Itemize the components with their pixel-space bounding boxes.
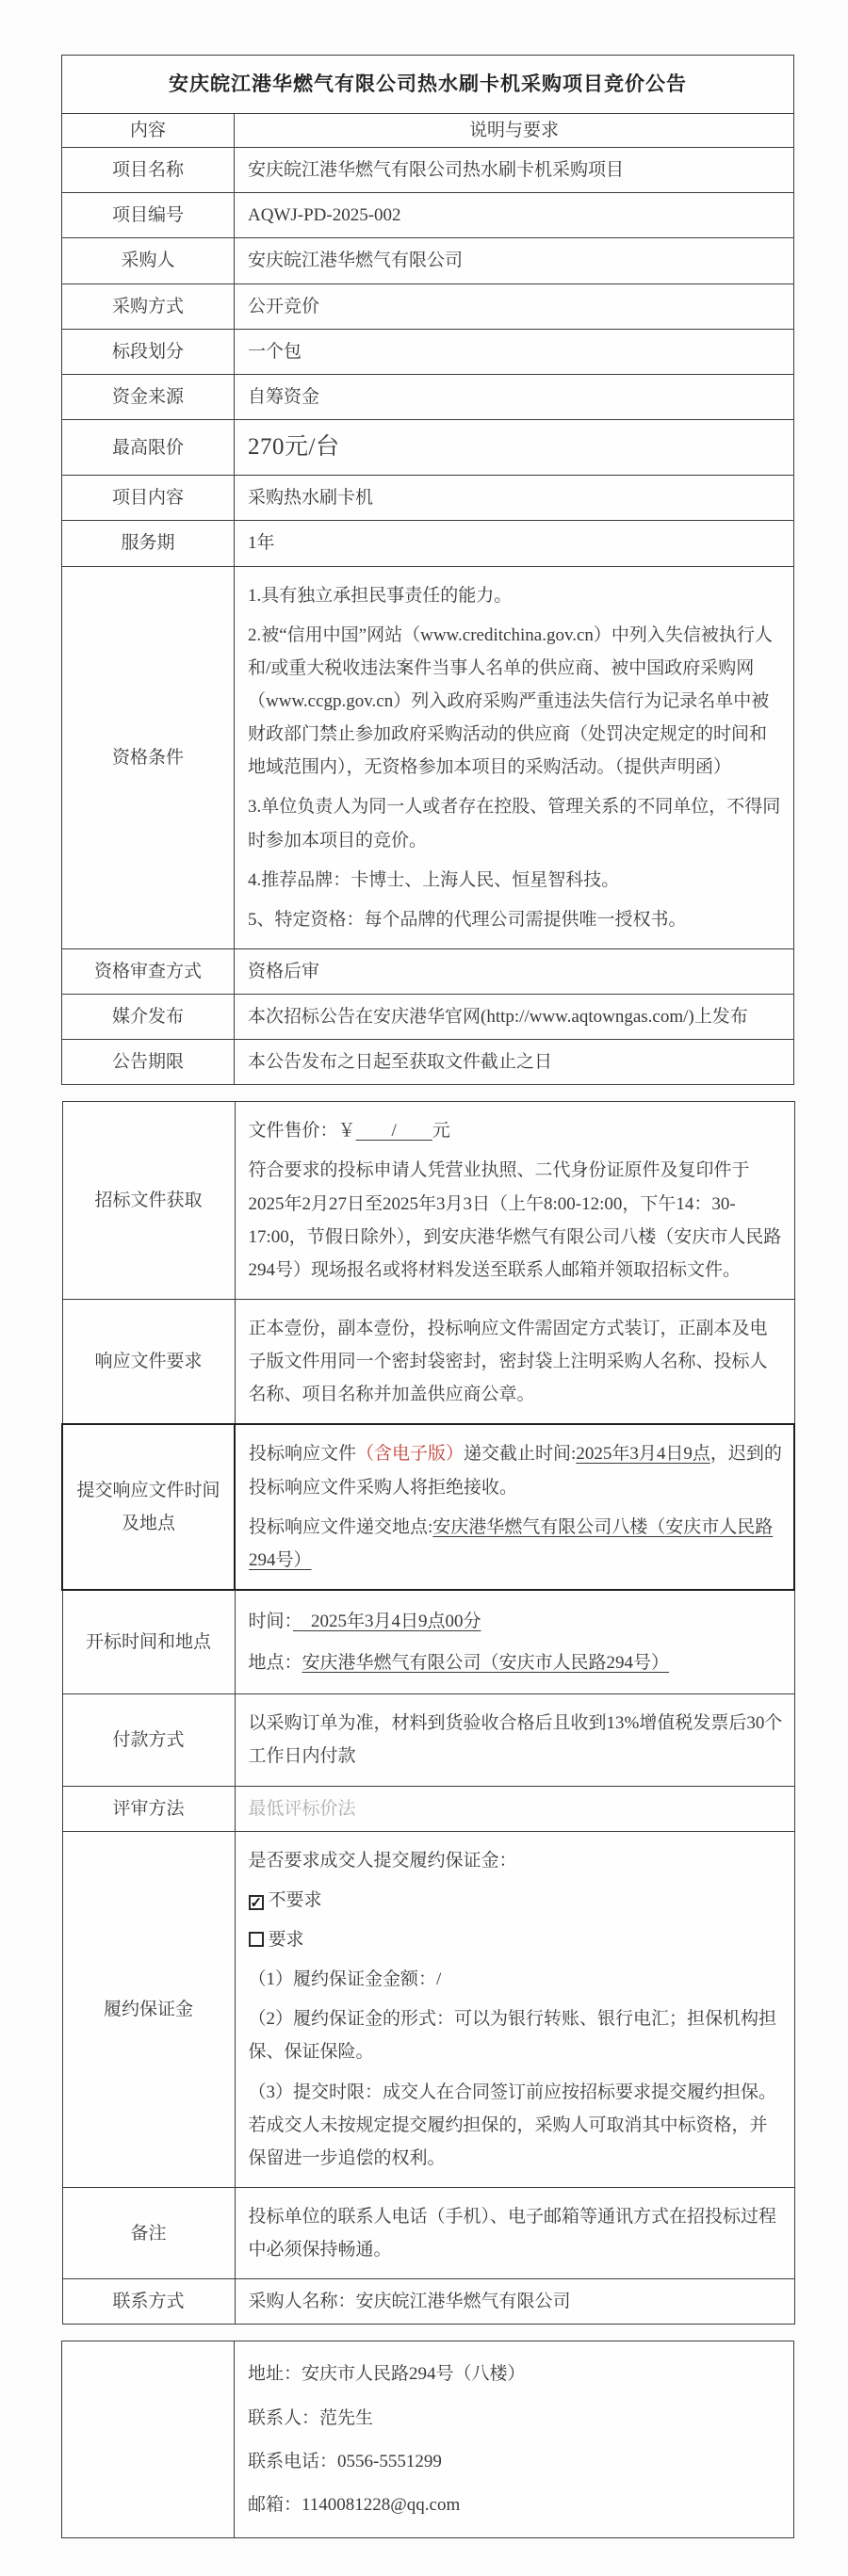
doc-price-line: 文件售价：￥ / 元 (249, 1114, 785, 1147)
place-prefix: 投标响应文件递交地点: (249, 1517, 432, 1537)
row-label: 联系方式 (62, 2279, 235, 2325)
table-gap (61, 2325, 791, 2341)
column-header-description: 说明与要求 (235, 114, 794, 148)
qualification-item: 4.推荐品牌：卡博士、上海人民、恒星智科技。 (248, 864, 784, 897)
doc-obtain-body: 符合要求的投标申请人凭营业执照、二代身份证原件及复印件于2025年2月27日至2… (249, 1154, 785, 1287)
remark-body: 投标单位的联系人电话（手机）、电子邮箱等通讯方式在招投标过程中必须保持畅通。 (235, 2188, 794, 2279)
table-row: 项目名称 安庆皖江港华燃气有限公司热水刷卡机采购项目 (62, 148, 794, 193)
deadline-electronic-note: （含电子版） (356, 1444, 464, 1464)
contact-phone: 联系电话：0556-5551299 (248, 2445, 784, 2478)
page-title: 安庆皖江港华燃气有限公司热水刷卡机采购项目竞价公告 (62, 56, 794, 114)
opening-content: 时间： 2025年3月4日9点00分 地点：安庆港华燃气有限公司（安庆市人民路2… (235, 1590, 794, 1694)
announcement-page: 安庆皖江港华燃气有限公司热水刷卡机采购项目竞价公告 内容 说明与要求 项目名称 … (0, 0, 848, 2576)
evaluation-row: 评审方法 最低评标价法 (62, 1786, 794, 1831)
row-label: 公告期限 (62, 1040, 235, 1085)
media-publish-value: 本次招标公告在安庆港华官网(http://www.aqtowngas.com/)… (235, 995, 794, 1040)
row-value: AQWJ-PD-2025-002 (235, 193, 794, 238)
row-label: 资格审查方式 (62, 948, 235, 994)
table-row: 媒介发布 本次招标公告在安庆港华官网(http://www.aqtowngas.… (62, 995, 794, 1040)
bond-option-unchecked-label: 要求 (269, 1930, 304, 1950)
table-row: 资金来源 自筹资金 (62, 374, 794, 419)
opening-place-line: 地点：安庆港华燃气有限公司（安庆市人民路294号） (249, 1646, 785, 1679)
bond-content: 是否要求成交人提交履约保证金： ✓不要求 要求 （1）履约保证金金额：/ （2）… (235, 1831, 794, 2187)
opening-time-value: 2025年3月4日9点00分 (293, 1612, 481, 1631)
row-value: 安庆皖江港华燃气有限公司 (235, 238, 794, 284)
qualification-row: 资格条件 1.具有独立承担民事责任的能力。 2.被“信用中国”网站（www.cr… (62, 566, 794, 948)
deadline-mid: 递交截止时间: (464, 1444, 576, 1464)
contact-address: 地址：安庆市人民路294号（八楼） (248, 2357, 784, 2390)
column-header-content: 内容 (62, 114, 235, 148)
row-label: 项目名称 (62, 148, 235, 193)
row-value: 一个包 (235, 329, 794, 374)
row-label: 采购方式 (62, 284, 235, 329)
opening-place-label: 地点： (249, 1653, 302, 1673)
empty-label-cell (62, 2341, 235, 2538)
qualification-item: 3.单位负责人为同一人或者存在控股、管理关系的不同单位，不得同时参加本项目的竞价… (248, 790, 784, 856)
row-label: 媒介发布 (62, 995, 235, 1040)
row-label: 标段划分 (62, 329, 235, 374)
qualification-item: 5、特定资格：每个品牌的代理公司需提供唯一授权书。 (248, 903, 784, 936)
row-label: 招标文件获取 (62, 1102, 235, 1300)
row-value: 资格后审 (235, 948, 794, 994)
unchecked-checkbox-icon (249, 1932, 264, 1947)
qualification-item: 2.被“信用中国”网站（www.creditchina.gov.cn）中列入失信… (248, 619, 784, 785)
submission-place-line: 投标响应文件递交地点:安庆港华燃气有限公司八楼（安庆市人民路294号） (249, 1511, 784, 1577)
remark-row: 备注 投标单位的联系人电话（手机）、电子邮箱等通讯方式在招投标过程中必须保持畅通… (62, 2188, 794, 2279)
table-row: 最高限价 270元/台 (62, 419, 794, 475)
response-req-text: 正本壹份，副本壹份，投标响应文件需固定方式装订，正副本及电子版文件用同一个密封袋… (249, 1312, 785, 1411)
table-row: 项目内容 采购热水刷卡机 (62, 476, 794, 521)
submission-deadline-line: 投标响应文件（含电子版）递交截止时间:2025年3月4日9点，迟到的投标响应文件… (249, 1437, 784, 1503)
doc-price-suffix: 元 (432, 1121, 450, 1141)
payment-text: 以采购订单为准，材料到货验收合格后且收到13%增值税发票后30个工作日内付款 (249, 1707, 785, 1773)
project-info-table: 安庆皖江港华燃气有限公司热水刷卡机采购项目竞价公告 内容 说明与要求 项目名称 … (61, 55, 794, 1085)
doc-obtain-row: 招标文件获取 文件售价：￥ / 元 符合要求的投标申请人凭营业执照、二代身份证原… (62, 1102, 794, 1300)
table-row: 服务期 1年 (62, 521, 794, 566)
bond-item: （1）履约保证金金额：/ (249, 1963, 785, 1996)
table-row: 公告期限 本公告发布之日起至获取文件截止之日 (62, 1040, 794, 1085)
qualification-item: 1.具有独立承担民事责任的能力。 (248, 579, 784, 612)
contact-details-table: 地址：安庆市人民路294号（八楼） 联系人：范先生 联系电话：0556-5551… (61, 2341, 794, 2538)
deadline-prefix: 投标响应文件 (249, 1444, 356, 1464)
row-label: 履约保证金 (62, 1831, 235, 2187)
table-row: 安庆皖江港华燃气有限公司热水刷卡机采购项目竞价公告 (62, 56, 794, 114)
bond-item: （3）提交时限：成交人在合同签订前应按招标要求提交履约担保。若成交人未按规定提交… (249, 2076, 785, 2175)
bond-question: 是否要求成交人提交履约保证金： (249, 1844, 785, 1877)
row-value: 采购热水刷卡机 (235, 476, 794, 521)
contact-details-row: 地址：安庆市人民路294号（八楼） 联系人：范先生 联系电话：0556-5551… (62, 2341, 794, 2538)
evaluation-method-value: 最低评标价法 (235, 1786, 794, 1831)
row-label: 提交响应文件时间及地点 (62, 1424, 235, 1590)
bond-row: 履约保证金 是否要求成交人提交履约保证金： ✓不要求 要求 （1）履约保证金金额… (62, 1831, 794, 2187)
row-label: 最高限价 (62, 419, 235, 475)
bond-option-checked-label: 不要求 (269, 1890, 322, 1910)
payment-row: 付款方式 以采购订单为准，材料到货验收合格后且收到13%增值税发票后30个工作日… (62, 1694, 794, 1786)
row-label: 评审方法 (62, 1786, 235, 1831)
contact-row: 联系方式 采购人名称：安庆皖江港华燃气有限公司 (62, 2279, 794, 2325)
response-req-row: 响应文件要求 正本壹份，副本壹份，投标响应文件需固定方式装订，正副本及电子版文件… (62, 1300, 794, 1425)
opening-time-label: 时间： (249, 1612, 294, 1631)
bond-option-required: 要求 (249, 1923, 785, 1956)
table-row: 采购人 安庆皖江港华燃气有限公司 (62, 238, 794, 284)
deadline-time: 2025年3月4日9点 (576, 1444, 710, 1464)
opening-row: 开标时间和地点 时间： 2025年3月4日9点00分 地点：安庆港华燃气有限公司… (62, 1590, 794, 1694)
bond-option-not-required: ✓不要求 (249, 1884, 785, 1917)
qualification-content: 1.具有独立承担民事责任的能力。 2.被“信用中国”网站（www.creditc… (235, 566, 794, 948)
doc-price-blank: / (356, 1121, 432, 1141)
remark-text: 投标单位的联系人电话（手机）、电子邮箱等通讯方式在招投标过程中必须保持畅通。 (249, 2200, 785, 2266)
checked-checkbox-icon: ✓ (249, 1895, 264, 1910)
row-value: 安庆皖江港华燃气有限公司热水刷卡机采购项目 (235, 148, 794, 193)
row-label: 服务期 (62, 521, 235, 566)
submission-row: 提交响应文件时间及地点 投标响应文件（含电子版）递交截止时间:2025年3月4日… (62, 1424, 794, 1590)
doc-price-prefix: 文件售价：￥ (249, 1121, 356, 1141)
response-req-body: 正本壹份，副本壹份，投标响应文件需固定方式装订，正副本及电子版文件用同一个密封袋… (235, 1300, 794, 1425)
row-label: 项目编号 (62, 193, 235, 238)
row-value: 1年 (235, 521, 794, 566)
row-value: 自筹资金 (235, 374, 794, 419)
table-row: 标段划分 一个包 (62, 329, 794, 374)
row-label: 付款方式 (62, 1694, 235, 1786)
table-row: 采购方式 公开竞价 (62, 284, 794, 329)
opening-place-value: 安庆港华燃气有限公司（安庆市人民路294号） (302, 1653, 670, 1673)
doc-obtain-content: 文件售价：￥ / 元 符合要求的投标申请人凭营业执照、二代身份证原件及复印件于2… (235, 1102, 794, 1300)
contact-email: 邮箱：1140081228@qq.com (248, 2488, 784, 2521)
purchaser-name-value: 采购人名称：安庆皖江港华燃气有限公司 (235, 2279, 794, 2325)
row-value: 公开竞价 (235, 284, 794, 329)
bidding-process-table: 招标文件获取 文件售价：￥ / 元 符合要求的投标申请人凭营业执照、二代身份证原… (61, 1101, 795, 2325)
max-price-value: 270元/台 (235, 419, 794, 475)
opening-time-line: 时间： 2025年3月4日9点00分 (249, 1605, 785, 1638)
contact-person: 联系人：范先生 (248, 2402, 784, 2435)
row-label: 开标时间和地点 (62, 1590, 235, 1694)
row-label: 资金来源 (62, 374, 235, 419)
row-label: 响应文件要求 (62, 1300, 235, 1425)
table-gap (61, 1085, 791, 1101)
row-value: 本公告发布之日起至获取文件截止之日 (235, 1040, 794, 1085)
row-label: 项目内容 (62, 476, 235, 521)
table-header-row: 内容 说明与要求 (62, 114, 794, 148)
row-label: 备注 (62, 2188, 235, 2279)
contact-details-content: 地址：安庆市人民路294号（八楼） 联系人：范先生 联系电话：0556-5551… (235, 2341, 794, 2538)
submission-content: 投标响应文件（含电子版）递交截止时间:2025年3月4日9点，迟到的投标响应文件… (235, 1424, 794, 1590)
table-row: 项目编号 AQWJ-PD-2025-002 (62, 193, 794, 238)
row-label: 资格条件 (62, 566, 235, 948)
payment-body: 以采购订单为准，材料到货验收合格后且收到13%增值税发票后30个工作日内付款 (235, 1694, 794, 1786)
table-row: 资格审查方式 资格后审 (62, 948, 794, 994)
bond-item: （2）履约保证金的形式：可以为银行转账、银行电汇；担保机构担保、保证保险。 (249, 2002, 785, 2068)
row-label: 采购人 (62, 238, 235, 284)
